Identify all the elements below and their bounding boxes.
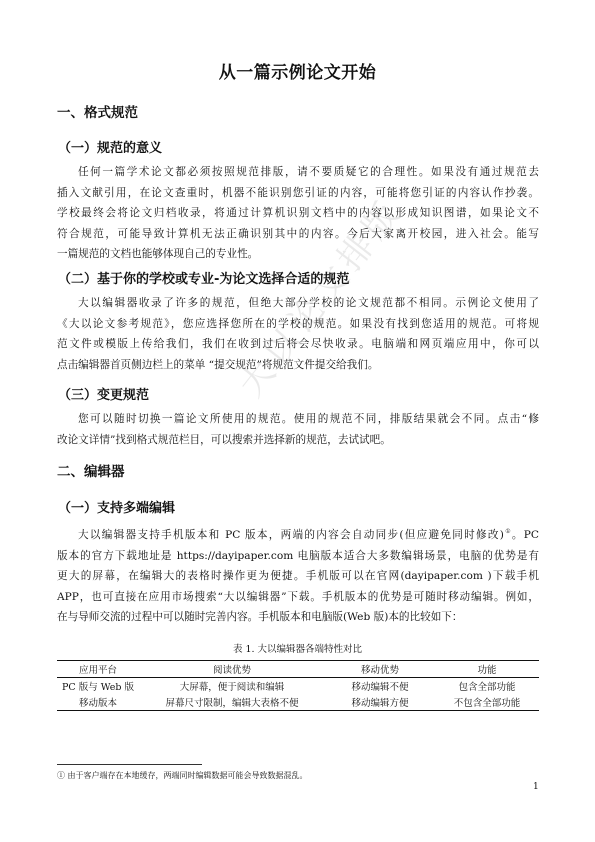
section-heading-editor: 二、编辑器 [57,460,125,480]
paragraph-line: 更大的屏幕，在编辑大的表格时操作更为便捷。手机版可以在官网(dayipaper.… [57,566,539,587]
paragraph-line-text: 。PC [512,529,539,541]
table-cell: PC 版与 Web 版 [57,678,139,695]
paragraph-line: APP，也可直接在应用市场搜索“大以编辑器”下载。手机版本的优势是可随时移动编辑… [57,587,539,608]
paragraph-line: 一篇规范的文档也能够体现自己的专业性。 [57,244,539,265]
table-header-row: 应用平台 阅读优势 移动优势 功能 [57,661,539,678]
paragraph-line: 插入文献引用，在论文查重时，机器不能识别您引证的内容，可能将您引证的内容认作抄袭… [57,183,539,204]
section-heading-format: 一、格式规范 [57,101,138,121]
table-header-cell: 阅读优势 [139,661,325,678]
footnote-divider [57,764,202,765]
paragraph-line: 改论文详情”找到格式规范栏目，可以搜索并选择新的规范，去试试吧。 [57,430,539,451]
table-row: 移动版本 屏幕尺寸限制，编辑大表格不便 移动编辑方便 不包含全部功能 [57,694,539,711]
table-cell: 移动版本 [57,694,139,711]
footnote-text: ① 由于客户端存在本地缓存，两端同时编辑数据可能会导致数据混乱。 [57,770,308,781]
paragraph-line: 符合规范，可能导致计算机无法正确识别其中的内容。今后大家离开校园，进入社会。能写 [57,224,539,245]
table-row: PC 版与 Web 版 大屏幕，便于阅读和编辑 移动编辑不便 包含全部功能 [57,678,539,695]
comparison-table: 应用平台 阅读优势 移动优势 功能 PC 版与 Web 版 大屏幕，便于阅读和编… [57,660,539,711]
table-header-cell: 功能 [435,661,539,678]
paragraph-line: 您可以随时切换一篇论文所使用的规范。使用的规范不同，排版结果就会不同。点击“修 [57,409,539,430]
paragraph-meaning: 任何一篇学术论文都必须按照规范排版，请不要质疑它的合理性。如果没有通过规范去 插… [57,162,539,265]
paragraph-line: 任何一篇学术论文都必须按照规范排版，请不要质疑它的合理性。如果没有通过规范去 [57,162,539,183]
paragraph-line-text: 大以编辑器支持手机版本和 PC 版本，两端的内容会自动同步(但应避免同时修改) [78,529,504,541]
subsection-heading-choose-spec: （二）基于你的学校或专业-为论文选择合适的规范 [58,268,349,287]
paragraph-line: 范文件或模版上传给我们，我们在收到过后将会尽快收录。电脑端和网页端应用中，你可以 [57,334,539,355]
document-title: 从一篇示例论文开始 [0,58,595,83]
table-cell: 大屏幕，便于阅读和编辑 [139,678,325,695]
paragraph-choose-spec: 大以编辑器收录了许多的规范，但绝大部分学校的论文规范都不相同。示例论文使用了 《… [57,293,539,375]
paragraph-line: 版本的官方下载地址是 https://dayipaper.com 电脑版本适合大… [57,546,539,567]
table-caption: 表 1. 大以编辑器各端特性对比 [0,641,595,655]
subsection-heading-multi-device: （一）支持多端编辑 [58,497,175,516]
table-cell: 移动编辑方便 [325,694,435,711]
page-number: 1 [533,782,539,792]
table-cell: 不包含全部功能 [435,694,539,711]
table-header-cell: 移动优势 [325,661,435,678]
paragraph-line: 大以编辑器收录了许多的规范，但绝大部分学校的论文规范都不相同。示例论文使用了 [57,293,539,314]
document-page: 大以论文排版 从一篇示例论文开始 一、格式规范 （一）规范的意义 任何一篇学术论… [0,0,595,842]
paragraph-line: 学校最终会将论文归档收录，将通过计算机识别文档中的内容以形成知识图谱，如果论文不 [57,203,539,224]
subsection-heading-change-spec: （三）变更规范 [58,384,149,403]
table-cell: 屏幕尺寸限制，编辑大表格不便 [139,694,325,711]
table-cell: 移动编辑不便 [325,678,435,695]
paragraph-change-spec: 您可以随时切换一篇论文所使用的规范。使用的规范不同，排版结果就会不同。点击“修 … [57,409,539,450]
paragraph-line: 点击编辑器首页侧边栏上的菜单 “提交规范”将规范文件提交给我们。 [57,355,539,376]
table-header-cell: 应用平台 [57,661,139,678]
paragraph-line: 《大以论文参考规范》，您应选择您所在的学校的规范。如果没有找到您适用的规范。可将… [57,314,539,335]
footnote-marker[interactable]: ① [504,528,512,535]
table-cell: 包含全部功能 [435,678,539,695]
paragraph-multi-device: 大以编辑器支持手机版本和 PC 版本，两端的内容会自动同步(但应避免同时修改)①… [57,522,539,628]
paragraph-line: 在与导师交流的过程中可以随时完善内容。手机版本和电脑版(Web 版)本的比较如下… [57,607,539,628]
paragraph-line: 大以编辑器支持手机版本和 PC 版本，两端的内容会自动同步(但应避免同时修改)①… [57,522,539,546]
subsection-heading-meaning: （一）规范的意义 [58,137,162,156]
